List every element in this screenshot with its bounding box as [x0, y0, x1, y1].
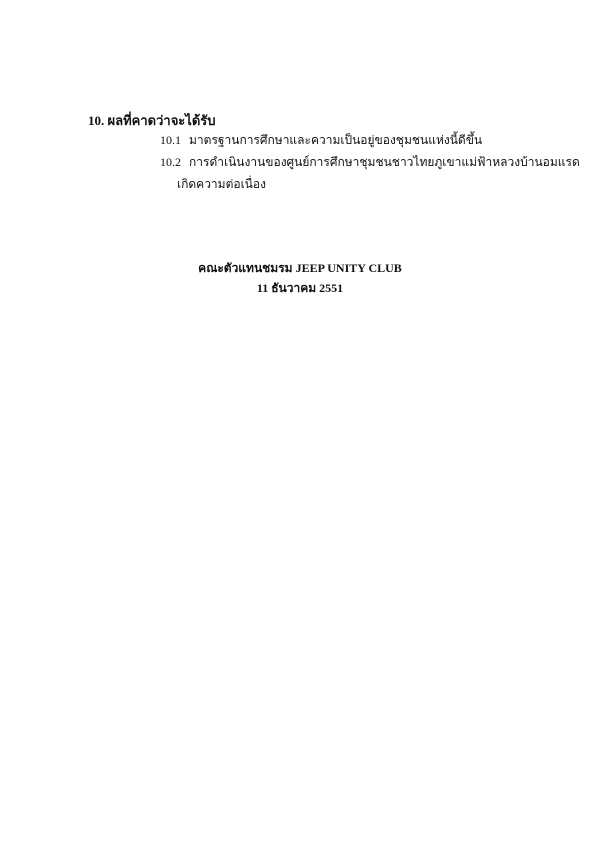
expected-result-item: 10.2 การดำเนินงานของศูนย์การศึกษาชุมชนชา…	[160, 153, 580, 172]
signature-organization: คณะตัวแทนชมรม JEEP UNITY CLUB	[0, 259, 600, 278]
item-number: 10.2	[160, 155, 181, 169]
item-text: การดำเนินงานของศูนย์การศึกษาชุมชนชาวไทยภ…	[189, 155, 580, 169]
signature-date: 11 ธันวาคม 2551	[0, 279, 600, 298]
document-page: 10. ผลที่คาดว่าจะได้รับ 10.1 มาตรฐานการศ…	[0, 0, 600, 848]
expected-result-item: 10.1 มาตรฐานการศึกษาและความเป็นอยู่ของชุ…	[160, 131, 482, 150]
section-heading: 10. ผลที่คาดว่าจะได้รับ	[88, 110, 216, 131]
item-text: มาตรฐานการศึกษาและความเป็นอยู่ของชุมชนแห…	[189, 133, 482, 147]
item-number: 10.1	[160, 133, 181, 147]
item-text-continuation: เกิดความต่อเนื่อง	[177, 175, 266, 194]
